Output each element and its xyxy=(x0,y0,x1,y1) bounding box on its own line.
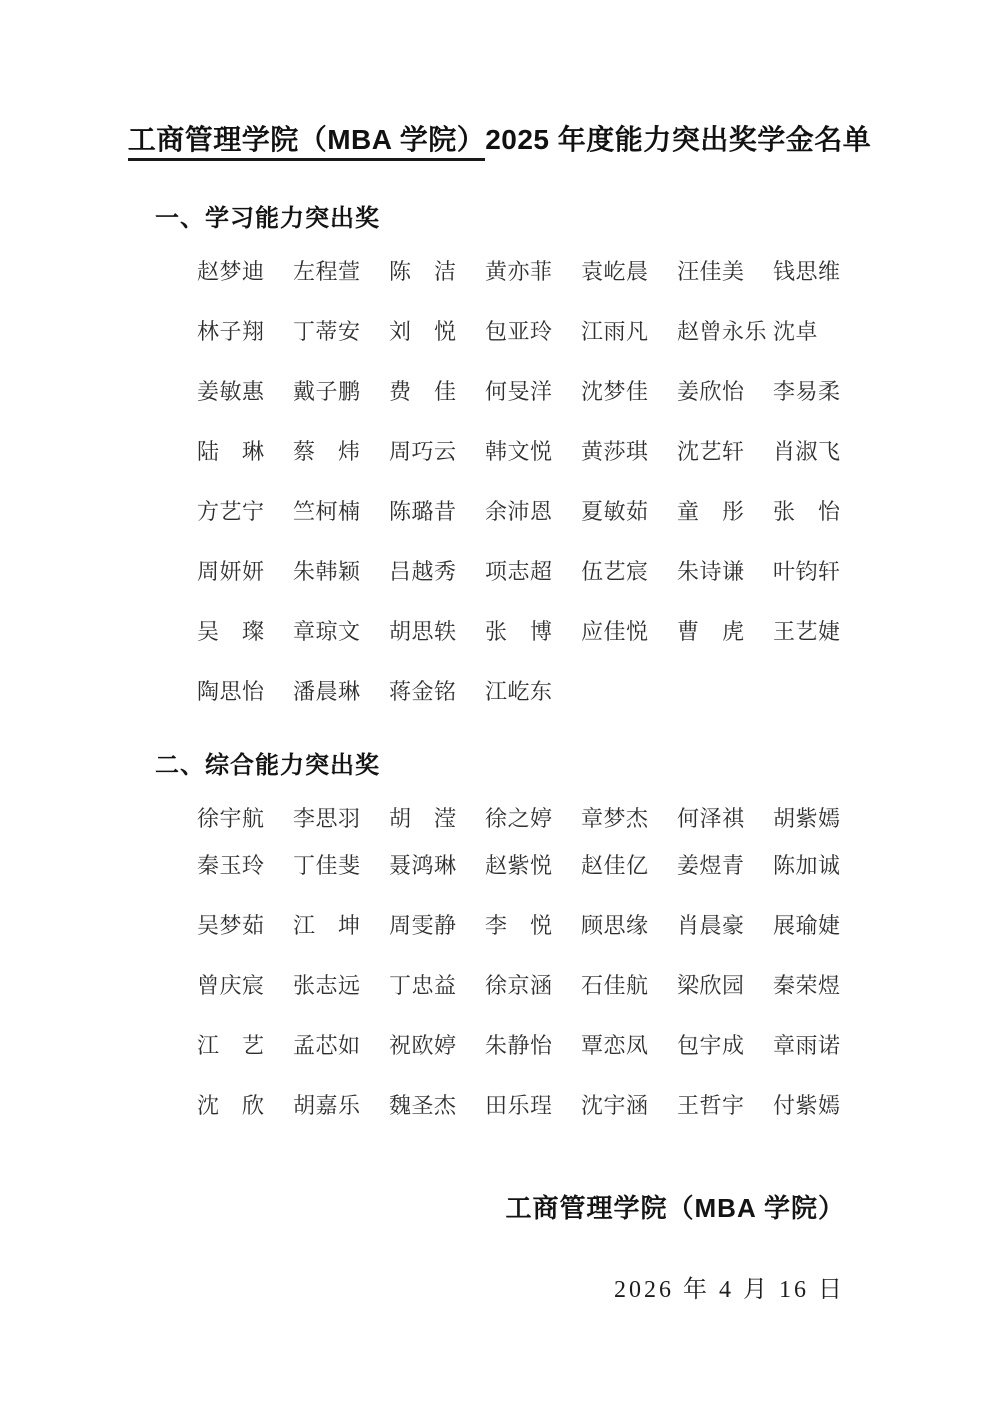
names-grid: 赵梦迪左程萱陈 洁黄亦菲袁屹晨汪佳美钱思维林子翔丁蒂安刘 悦包亚玲江雨凡赵曾永乐… xyxy=(197,259,859,705)
student-name: 赵紫悦 xyxy=(485,853,581,879)
student-name: 沈宇涵 xyxy=(581,1093,677,1119)
footer-organization: 工商管理学院（MBA 学院） xyxy=(506,1188,845,1225)
student-name: 方艺宁 xyxy=(197,499,293,525)
student-name: 汪佳美 xyxy=(677,259,773,285)
student-name: 田乐珵 xyxy=(485,1093,581,1119)
name-row: 徐宇航李思羽胡 滢徐之婷章梦杰何泽祺胡紫嫣 xyxy=(197,806,859,832)
student-name: 周妍妍 xyxy=(197,559,293,585)
name-row: 沈 欣胡嘉乐魏圣杰田乐珵沈宇涵王哲宇付紫嫣 xyxy=(197,1093,859,1119)
student-name: 胡紫嫣 xyxy=(773,806,841,832)
student-name: 包亚玲 xyxy=(485,319,581,345)
student-name: 聂鸿琳 xyxy=(389,853,485,879)
student-name: 徐京涵 xyxy=(485,973,581,999)
student-name: 姜敏惠 xyxy=(197,379,293,405)
student-name: 叶钧轩 xyxy=(773,559,841,585)
student-name: 蒋金铭 xyxy=(389,679,485,705)
student-name: 肖晨豪 xyxy=(677,913,773,939)
student-name: 江屹东 xyxy=(485,679,553,705)
student-name: 陆 琳 xyxy=(197,439,293,465)
student-name: 吴梦茹 xyxy=(197,913,293,939)
student-name: 丁忠益 xyxy=(389,973,485,999)
student-name: 朱诗谦 xyxy=(677,559,773,585)
document-page: 工商管理学院（MBA 学院）2025 年度能力突出奖学金名单 一、学习能力突出奖… xyxy=(0,0,999,1413)
student-name: 吕越秀 xyxy=(389,559,485,585)
name-row: 林子翔丁蒂安刘 悦包亚玲江雨凡赵曾永乐沈卓 xyxy=(197,319,859,345)
award-sections: 一、学习能力突出奖赵梦迪左程萱陈 洁黄亦菲袁屹晨汪佳美钱思维林子翔丁蒂安刘 悦包… xyxy=(0,198,999,1119)
student-name: 章雨诺 xyxy=(773,1033,841,1059)
student-name: 竺柯楠 xyxy=(293,499,389,525)
name-row: 陆 琳蔡 炜周巧云韩文悦黄莎琪沈艺轩肖淑飞 xyxy=(197,439,859,465)
student-name: 沈艺轩 xyxy=(677,439,773,465)
name-row: 吴梦茹江 坤周雯静李 悦顾思缘肖晨豪展瑜婕 xyxy=(197,913,859,939)
names-grid: 徐宇航李思羽胡 滢徐之婷章梦杰何泽祺胡紫嫣秦玉玲丁佳斐聂鸿琳赵紫悦赵佳亿姜煜青陈… xyxy=(197,806,859,1119)
student-name: 周巧云 xyxy=(389,439,485,465)
student-name: 张志远 xyxy=(293,973,389,999)
name-row: 秦玉玲丁佳斐聂鸿琳赵紫悦赵佳亿姜煜青陈加诚 xyxy=(197,853,859,879)
student-name: 胡思轶 xyxy=(389,619,485,645)
student-name: 章琼文 xyxy=(293,619,389,645)
student-name: 张 博 xyxy=(485,619,581,645)
student-name: 江雨凡 xyxy=(581,319,677,345)
name-row: 周妍妍朱韩颖吕越秀项志超伍艺宸朱诗谦叶钧轩 xyxy=(197,559,859,585)
student-name: 姜煜青 xyxy=(677,853,773,879)
student-name: 费 佳 xyxy=(389,379,485,405)
signature-block: 工商管理学院（MBA 学院） 2026 年 4 月 16 日 xyxy=(506,1188,845,1304)
student-name: 曾庆宸 xyxy=(197,973,293,999)
student-name: 丁蒂安 xyxy=(293,319,389,345)
student-name: 刘 悦 xyxy=(389,319,485,345)
student-name: 余沛恩 xyxy=(485,499,581,525)
student-name: 陈 洁 xyxy=(389,259,485,285)
award-section: 一、学习能力突出奖赵梦迪左程萱陈 洁黄亦菲袁屹晨汪佳美钱思维林子翔丁蒂安刘 悦包… xyxy=(0,198,999,705)
student-name: 祝欧婷 xyxy=(389,1033,485,1059)
name-row: 陶思怡潘晨琳蒋金铭江屹东 xyxy=(197,679,859,705)
student-name: 赵曾永乐 xyxy=(677,319,773,345)
student-name: 江 坤 xyxy=(293,913,389,939)
page-title: 工商管理学院（MBA 学院）2025 年度能力突出奖学金名单 xyxy=(0,118,999,158)
student-name: 李易柔 xyxy=(773,379,841,405)
student-name: 沈卓 xyxy=(773,319,818,345)
student-name: 沈 欣 xyxy=(197,1093,293,1119)
student-name: 左程萱 xyxy=(293,259,389,285)
student-name: 江 艺 xyxy=(197,1033,293,1059)
student-name: 曹 虎 xyxy=(677,619,773,645)
award-section: 二、综合能力突出奖徐宇航李思羽胡 滢徐之婷章梦杰何泽祺胡紫嫣秦玉玲丁佳斐聂鸿琳赵… xyxy=(0,745,999,1119)
student-name: 陈加诚 xyxy=(773,853,841,879)
student-name: 付紫嫣 xyxy=(773,1093,841,1119)
student-name: 秦玉玲 xyxy=(197,853,293,879)
student-name: 胡 滢 xyxy=(389,806,485,832)
student-name: 蔡 炜 xyxy=(293,439,389,465)
student-name: 夏敏茹 xyxy=(581,499,677,525)
student-name: 肖淑飞 xyxy=(773,439,841,465)
student-name: 姜欣怡 xyxy=(677,379,773,405)
name-row: 赵梦迪左程萱陈 洁黄亦菲袁屹晨汪佳美钱思维 xyxy=(197,259,859,285)
name-row: 江 艺孟芯如祝欧婷朱静怡覃恋凤包宇成章雨诺 xyxy=(197,1033,859,1059)
section-heading: 一、学习能力突出奖 xyxy=(155,198,999,233)
footer-date: 2026 年 4 月 16 日 xyxy=(506,1269,845,1304)
student-name: 徐之婷 xyxy=(485,806,581,832)
title-underlined-part: 工商管理学院（MBA 学院） xyxy=(128,124,486,161)
student-name: 王哲宇 xyxy=(677,1093,773,1119)
student-name: 钱思维 xyxy=(773,259,841,285)
student-name: 王艺婕 xyxy=(773,619,841,645)
student-name: 覃恋凤 xyxy=(581,1033,677,1059)
student-name: 潘晨琳 xyxy=(293,679,389,705)
name-row: 曾庆宸张志远丁忠益徐京涵石佳航梁欣园秦荣煜 xyxy=(197,973,859,999)
student-name: 应佳悦 xyxy=(581,619,677,645)
student-name: 何旻洋 xyxy=(485,379,581,405)
name-row: 吴 璨章琼文胡思轶张 博应佳悦曹 虎王艺婕 xyxy=(197,619,859,645)
student-name: 秦荣煜 xyxy=(773,973,841,999)
name-row: 姜敏惠戴子鹏费 佳何旻洋沈梦佳姜欣怡李易柔 xyxy=(197,379,859,405)
student-name: 徐宇航 xyxy=(197,806,293,832)
student-name: 朱韩颖 xyxy=(293,559,389,585)
student-name: 伍艺宸 xyxy=(581,559,677,585)
student-name: 章梦杰 xyxy=(581,806,677,832)
student-name: 袁屹晨 xyxy=(581,259,677,285)
student-name: 赵梦迪 xyxy=(197,259,293,285)
title-rest-part: 2025 年度能力突出奖学金名单 xyxy=(485,124,871,155)
student-name: 李思羽 xyxy=(293,806,389,832)
student-name: 童 彤 xyxy=(677,499,773,525)
student-name: 周雯静 xyxy=(389,913,485,939)
student-name: 韩文悦 xyxy=(485,439,581,465)
student-name: 张 怡 xyxy=(773,499,841,525)
student-name: 石佳航 xyxy=(581,973,677,999)
name-row: 方艺宁竺柯楠陈璐昔余沛恩夏敏茹童 彤张 怡 xyxy=(197,499,859,525)
student-name: 魏圣杰 xyxy=(389,1093,485,1119)
student-name: 沈梦佳 xyxy=(581,379,677,405)
student-name: 陶思怡 xyxy=(197,679,293,705)
student-name: 朱静怡 xyxy=(485,1033,581,1059)
student-name: 何泽祺 xyxy=(677,806,773,832)
student-name: 梁欣园 xyxy=(677,973,773,999)
student-name: 戴子鹏 xyxy=(293,379,389,405)
student-name: 李 悦 xyxy=(485,913,581,939)
student-name: 孟芯如 xyxy=(293,1033,389,1059)
student-name: 项志超 xyxy=(485,559,581,585)
student-name: 顾思缘 xyxy=(581,913,677,939)
student-name: 胡嘉乐 xyxy=(293,1093,389,1119)
student-name: 黄亦菲 xyxy=(485,259,581,285)
student-name: 陈璐昔 xyxy=(389,499,485,525)
student-name: 展瑜婕 xyxy=(773,913,841,939)
student-name: 吴 璨 xyxy=(197,619,293,645)
student-name: 林子翔 xyxy=(197,319,293,345)
student-name: 包宇成 xyxy=(677,1033,773,1059)
student-name: 丁佳斐 xyxy=(293,853,389,879)
student-name: 赵佳亿 xyxy=(581,853,677,879)
student-name: 黄莎琪 xyxy=(581,439,677,465)
section-heading: 二、综合能力突出奖 xyxy=(155,745,999,780)
